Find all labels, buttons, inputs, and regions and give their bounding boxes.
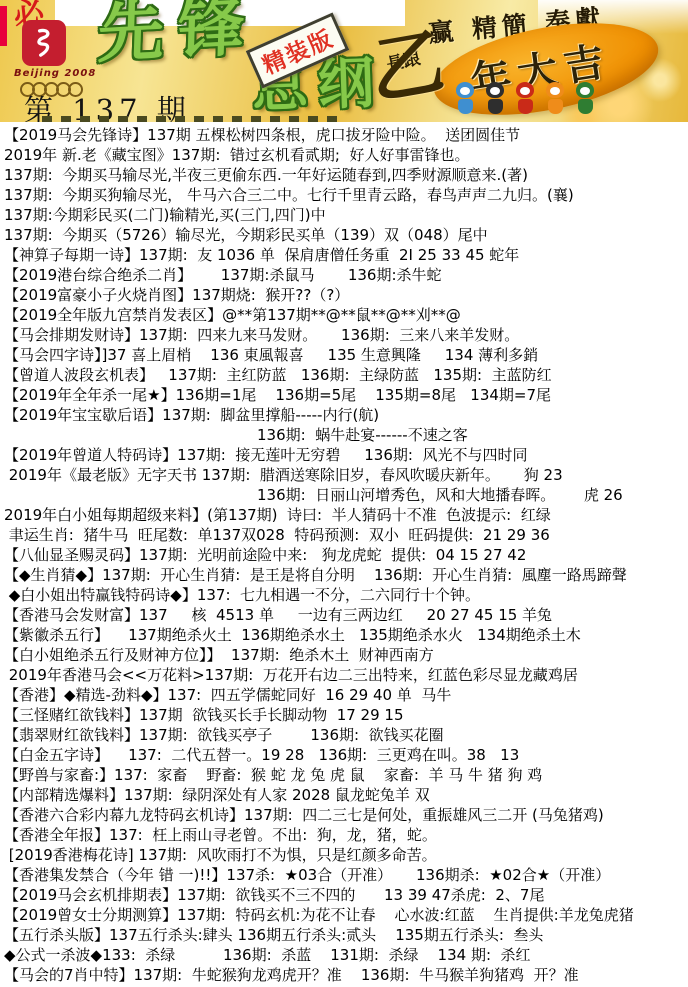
body-line: 2019年白小姐每期超级来料】(第137期) 诗曰: 半人猜码十不准 色波提示:… bbox=[4, 505, 688, 525]
dancing-figure-icon bbox=[33, 28, 55, 58]
body-line: 【2019年曾道人特码诗】137期: 接无莲叶无穷碧 136期: 风光不与四时同 bbox=[4, 445, 688, 465]
body-line: 【2019全年版九宫禁肖发表区】@**第137期**@**鼠**@**刈**@ bbox=[4, 305, 688, 325]
masthead-title: 先锋 bbox=[96, 0, 259, 71]
body-line: 【香港马会发财富】137 核 4513 单 一边有三两边红 20 27 45 1… bbox=[4, 605, 688, 625]
beijing-2008-emblem-icon bbox=[22, 20, 66, 66]
body-line: 聿运生肖: 猪牛马 旺尾数: 单137双028 特码预测: 双小 旺码提供: 2… bbox=[4, 525, 688, 545]
body-line: 【2019港台综合绝杀二肖】 137期:杀鼠马 136期:杀牛蛇 bbox=[4, 265, 688, 285]
beijing-2008-caption: Beijing 2008 bbox=[14, 68, 96, 79]
fuwa-mascots-icon bbox=[452, 82, 602, 120]
fuwa-mascot-icon bbox=[482, 82, 508, 120]
body-line: 【白小姐绝杀五行及财神方位】】 137期: 绝杀木土 财神西南方 bbox=[4, 645, 688, 665]
body-line: 【内部精选爆料】137期: 绿阴深处有人家 2028 鼠龙蛇兔羊 双 bbox=[4, 785, 688, 805]
body-line: 2019年《最老版》无字天书 137期: 腊酒送寒除旧岁，春风吹暖庆新年。 狗 … bbox=[4, 465, 688, 485]
body-line: 【香港集发禁合（今年 错 一)!!】137杀: ★03合（开准） 136期杀: … bbox=[4, 865, 688, 885]
scan-artifact-dashes bbox=[42, 116, 342, 122]
header-banner: 必 Beijing 2008 先锋 总纲 第 137 期 精装版 赢 精簡 奉獻… bbox=[0, 0, 688, 122]
body-line: ◆白小姐出特赢钱特码诗◆】137: 七九相遇一不分，二六同行十个钟。 bbox=[4, 585, 688, 605]
body-line: 【白金五字诗】 137: 二代五替一。19 28 136期: 三更鸡在叫。38 … bbox=[4, 745, 688, 765]
body-line: 【2019马会先锋诗】137期 五棵松树四条根，虎口拔牙险中险。 送团圆佳节 bbox=[4, 125, 688, 145]
body-line: 【2019年宝宝歇后语】137期: 脚盆里撑船-----内行(航) bbox=[4, 405, 688, 425]
body-line: 【2019年全年杀一尾★】136期=1尾 136期=5尾 135期=8尾 134… bbox=[4, 385, 688, 405]
body-line: 2019年香港马会<<万花料>137期: 万花开右边二三出特来，红蓝色彩尽显龙藏… bbox=[4, 665, 688, 685]
snake-calligraphy-icon: 乙 bbox=[371, 23, 446, 111]
body-line: 【紫徽杀五行】 137期绝杀火土 136期绝杀水土 135期绝杀水火 134期绝… bbox=[4, 625, 688, 645]
fuwa-mascot-icon bbox=[542, 82, 568, 120]
body-line: 【翡翠财红欲钱料】137期: 欲钱买亭子 136期: 欲钱买花圈 bbox=[4, 725, 688, 745]
body-line: 137期:今期彩民买(二门)输精光,买(三门,四门)中 bbox=[4, 205, 688, 225]
body-line: 【香港全年报】137: 枉上雨山寻老曾。不出: 狗，龙，猪，蛇。 bbox=[4, 825, 688, 845]
body-line: 【曾道人波段玄机表】 137期: 主红防蓝 136期: 主绿防蓝 135期: 主… bbox=[4, 365, 688, 385]
body-line: 137期: 今期买（5726）输尽光，今期彩民买单（139）双（048）尾中 bbox=[4, 225, 688, 245]
body-line: 【野兽与家畜:】137: 家畜 野畜: 猴 蛇 龙 兔 虎 鼠 家畜: 羊 马 … bbox=[4, 765, 688, 785]
body-line: ◆公式一杀波◆133: 杀绿 136期: 杀蓝 131期: 杀绿 134 期: … bbox=[4, 945, 688, 965]
body-line: 【马会四字诗】]37 喜上眉梢 136 東風報喜 135 生意興隆 134 薄利… bbox=[4, 345, 688, 365]
left-red-strip bbox=[0, 6, 7, 46]
body-line: 【五行杀头版】137五行杀头:肆头 136期五行杀头:贰头 135期五行杀头: … bbox=[4, 925, 688, 945]
body-line: 137期: 今期买马输尽光,半夜三更偷东西.一年好运随春到,四季财源顺意来.(著… bbox=[4, 165, 688, 185]
body-line: 136期: 日丽山河增秀色，风和大地播春晖。 虎 26 bbox=[4, 485, 688, 505]
body-line: 【香港】◆精选-劲料◆】137: 四五学儒蛇同好 16 29 40 单 马牛 bbox=[4, 685, 688, 705]
fuwa-mascot-icon bbox=[452, 82, 478, 120]
body-line: 【2019富豪小子火烧肖图】137期烧: 猴开??（?） bbox=[4, 285, 688, 305]
body-line: 【香港六合彩内幕九龙特码玄机诗】137期: 四二三七是何处，重振雄风三二开 (马… bbox=[4, 805, 688, 825]
body-line: 【◆生肖猜◆】137期: 开心生肖猜: 是王是将自分明 136期: 开心生肖猜:… bbox=[4, 565, 688, 585]
fuwa-mascot-icon bbox=[512, 82, 538, 120]
body-line: 137期: 今期买狗输尽光， 牛马六合三二中。七行千里青云路，春鸟声声二九归。(… bbox=[4, 185, 688, 205]
body-line: 136期: 蜗牛赴宴------不速之客 bbox=[4, 425, 688, 445]
content-lines: 【2019马会先锋诗】137期 五棵松树四条根，虎口拔牙险中险。 送团圆佳节20… bbox=[0, 122, 688, 985]
body-line: 【三怪赌红欲钱料】137期 欲钱买长手长脚动物 17 29 15 bbox=[4, 705, 688, 725]
body-line: 【神算子每期一诗】137期: 友 1036 单 保肩唐僧任务重 2I 25 33… bbox=[4, 245, 688, 265]
body-line: [2019香港梅花诗] 137期: 风吹雨打不为惧，只是红颜多命苦。 bbox=[4, 845, 688, 865]
body-line: 【2019曾女士分期测算】137期: 特码玄机:为花不让春 心水波:红蓝 生肖提… bbox=[4, 905, 688, 925]
body-line: 【八仙显圣赐灵码】137期: 光明前途险中来: 狗龙虎蛇 提供: 04 15 2… bbox=[4, 545, 688, 565]
fuwa-mascot-icon bbox=[572, 82, 598, 120]
body-line: 【2019马会玄机排期表】137期: 欲钱买不三不四的 13 39 47杀虎: … bbox=[4, 885, 688, 905]
body-line: 【马会排期发财诗】137期: 四来九来马发财。 136期: 三来八来羊发财。 bbox=[4, 325, 688, 345]
body-line: 【马会的7肖中特】137期: 牛蛇猴狗龙鸡虎开？准 136期: 牛马猴羊狗猪鸡 … bbox=[4, 965, 688, 985]
body-line: 2019年 新.老《藏宝图》137期: 错过玄机看贰期; 好人好事雷锋也。 bbox=[4, 145, 688, 165]
